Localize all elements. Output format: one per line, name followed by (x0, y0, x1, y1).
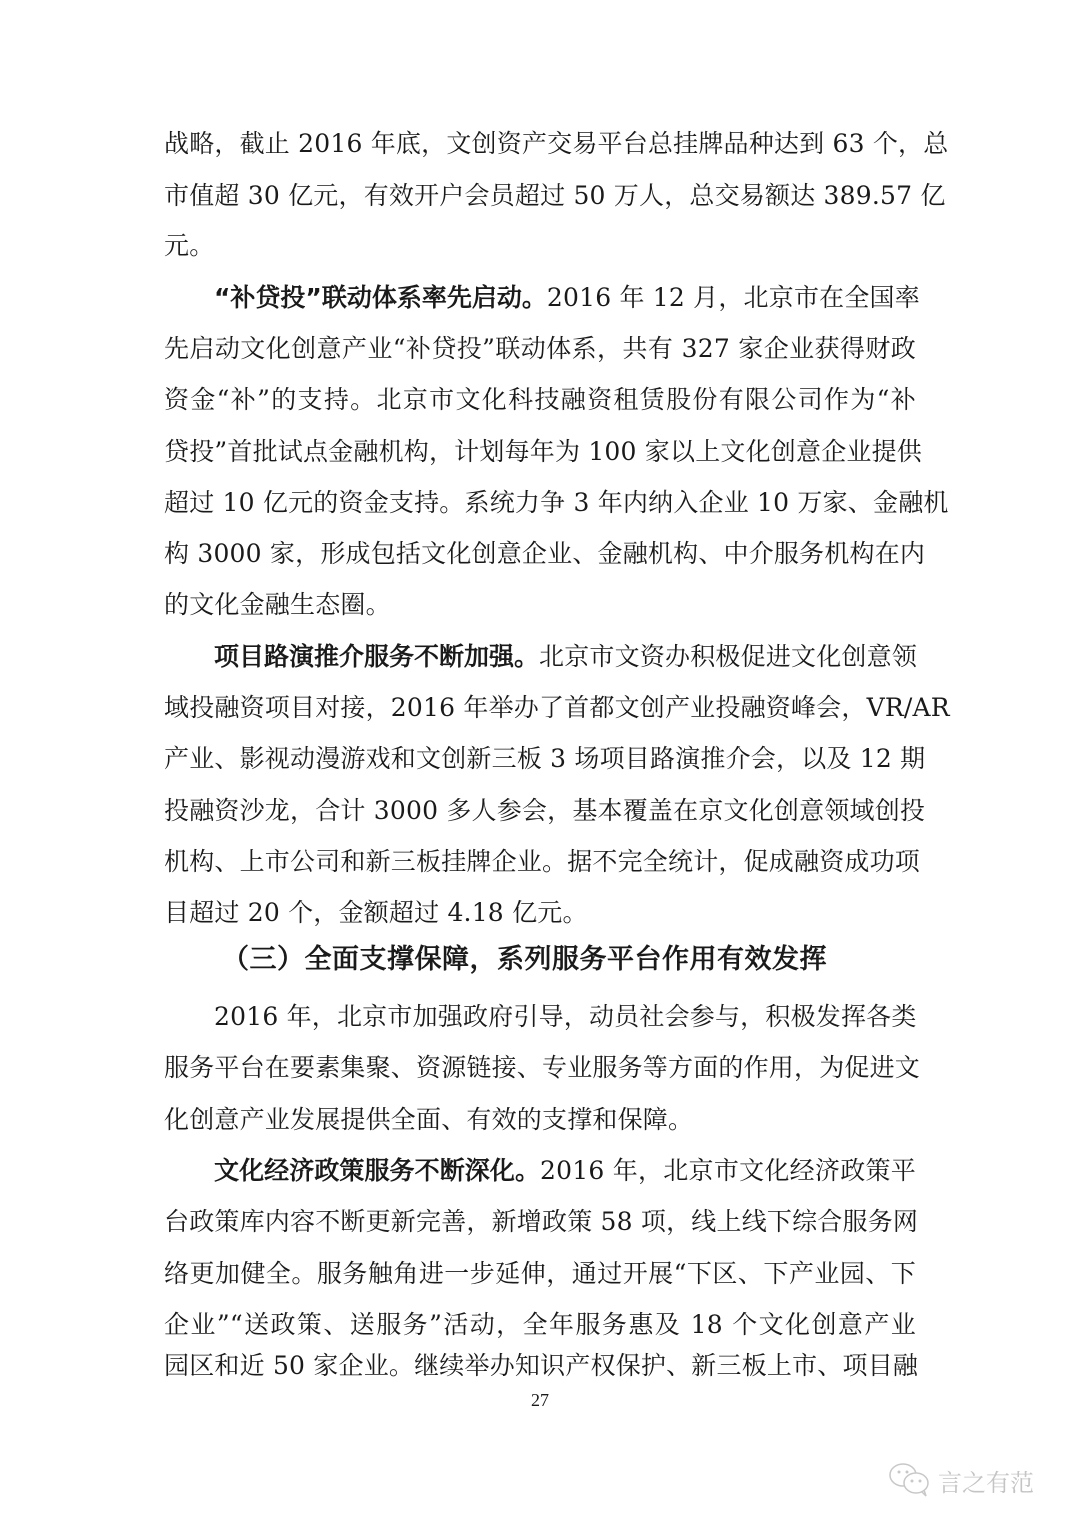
text-line: 战略，截止 2016 年底，文创资产交易平台总挂牌品种达到 63 个，总 (164, 128, 916, 160)
text-line: 贷投”首批试点金融机构，计划每年为 100 家以上文化创意企业提供 (164, 436, 916, 468)
text-line: 超过 10 亿元的资金支持。系统力争 3 年内纳入企业 10 万家、金融机 (164, 487, 916, 519)
document-page: 战略，截止 2016 年底，文创资产交易平台总挂牌品种达到 63 个，总 市值超… (0, 0, 1080, 1526)
text-line: 园区和近 50 家企业。继续举办知识产权保护、新三板上市、项目融 (164, 1350, 916, 1382)
paragraph-lead-line: “补贷投”联动体系率先启动。2016 年 12 月，北京市在全国率 (214, 282, 916, 314)
text-line: 市值超 30 亿元，有效开户会员超过 50 万人，总交易额达 389.57 亿 (164, 180, 916, 212)
section-heading: （三）全面支撑保障，系列服务平台作用有效发挥 (222, 942, 827, 978)
text-line: 化创意产业发展提供全面、有效的支撑和保障。 (164, 1104, 916, 1136)
text-line: 企业”“送政策、送服务”活动，全年服务惠及 18 个文化创意产业 (164, 1309, 916, 1341)
wechat-icon (888, 1462, 932, 1498)
watermark-label: 言之有范 (938, 1463, 1034, 1498)
text-line: 投融资沙龙，合计 3000 多人参会，基本覆盖在京文化创意领域创投 (164, 795, 916, 827)
watermark: 言之有范 (888, 1462, 1034, 1498)
text-line: 资金“补”的支持。北京市文化科技融资租赁股份有限公司作为“补 (164, 384, 916, 416)
paragraph-lead-line: 文化经济政策服务不断深化。2016 年，北京市文化经济政策平 (214, 1155, 916, 1187)
paragraph-lead-bold: “补贷投”联动体系率先启动。 (214, 283, 547, 312)
text-line: 产业、影视动漫游戏和文创新三板 3 场项目路演推介会，以及 12 期 (164, 743, 916, 775)
paragraph-lead-bold: 文化经济政策服务不断深化。 (214, 1156, 540, 1185)
text-line: 元。 (164, 230, 916, 262)
text-line: 目超过 20 个，金额超过 4.18 亿元。 (164, 897, 916, 929)
text-line: 络更加健全。服务触角进一步延伸，通过开展“下区、下产业园、下 (164, 1258, 916, 1290)
text-line: 先启动文化创意产业“补贷投”联动体系，共有 327 家企业获得财政 (164, 333, 916, 365)
text-line: 域投融资项目对接，2016 年举办了首都文创产业投融资峰会，VR/AR (164, 692, 916, 724)
page-number: 27 (0, 1390, 1080, 1411)
text-line: 2016 年，北京市加强政府引导，动员社会参与，积极发挥各类 (214, 1001, 916, 1033)
paragraph-lead-line: 项目路演推介服务不断加强。北京市文资办积极促进文化创意领 (214, 641, 916, 673)
text-line: 的文化金融生态圈。 (164, 589, 916, 621)
text-line: 服务平台在要素集聚、资源链接、专业服务等方面的作用，为促进文 (164, 1052, 916, 1084)
text-line: 台政策库内容不断更新完善，新增政策 58 项，线上线下综合服务网 (164, 1206, 916, 1238)
paragraph-lead-bold: 项目路演推介服务不断加强。 (214, 642, 539, 671)
text-line: 构 3000 家，形成包括文化创意企业、金融机构、中介服务机构在内 (164, 538, 916, 570)
text-line: 机构、上市公司和新三板挂牌企业。据不完全统计，促成融资成功项 (164, 846, 916, 878)
